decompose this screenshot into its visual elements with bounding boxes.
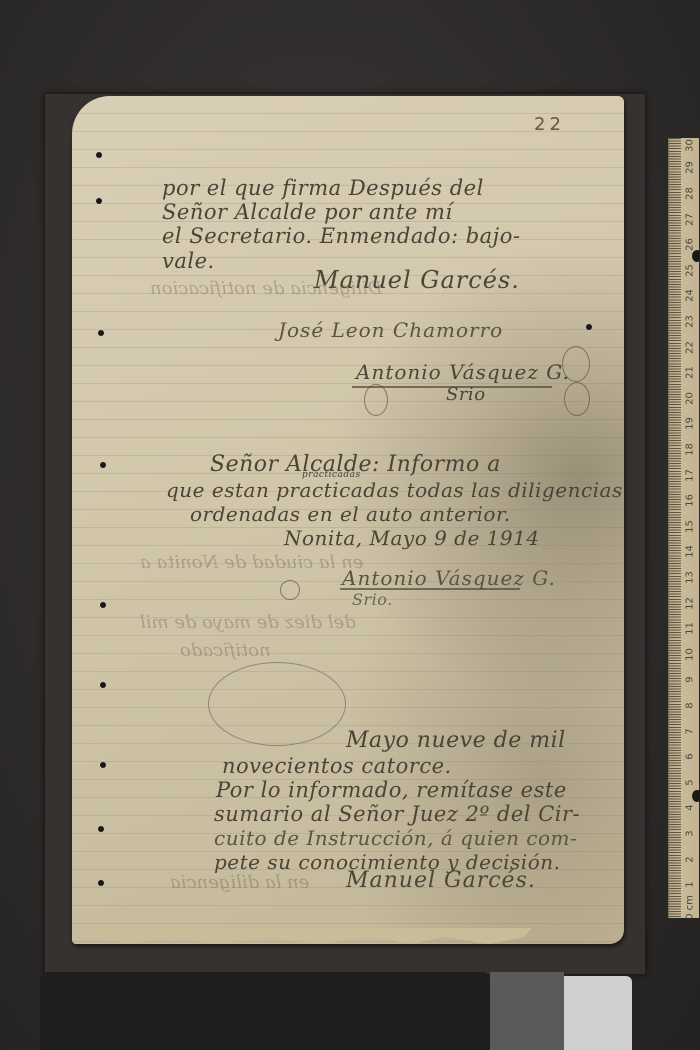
- ruler-label: 29: [685, 159, 696, 177]
- ruler-label: 0 cm: [685, 895, 696, 919]
- ruler-label: 20: [685, 390, 696, 408]
- ruler-label: 3: [685, 825, 696, 843]
- ruler-ticks: [669, 138, 681, 918]
- text-line: que estan practicadas todas las diligenc…: [166, 478, 623, 502]
- ruler-label: 16: [685, 492, 696, 510]
- signature-manuel-garces: Manuel Garcés.: [314, 266, 520, 294]
- official-seal-stamp: [208, 662, 346, 746]
- signature-flourish: [564, 382, 590, 416]
- ruler-label: 25: [685, 262, 696, 280]
- ruler-label: 9: [685, 671, 696, 689]
- text-line: Por lo informado, remítase este: [216, 778, 567, 802]
- punch-hole: [100, 462, 106, 468]
- ruler-label: 30: [685, 138, 696, 155]
- ruler-label: 23: [685, 313, 696, 331]
- ruler-label: 10: [685, 646, 696, 664]
- punch-hole: [98, 826, 104, 832]
- ruler-label: 18: [685, 441, 696, 459]
- punch-hole: [100, 682, 106, 688]
- signature-flourish: [280, 580, 300, 600]
- punch-hole: [100, 602, 106, 608]
- text-line: vale.: [162, 249, 215, 273]
- secretary-title: Srio.: [352, 590, 393, 609]
- bleed-through-text: en la diligencia: [170, 872, 309, 893]
- signature-manuel-garces-2: Manuel Garcés.: [346, 868, 536, 893]
- punch-hole: [100, 762, 106, 768]
- ruler-label: 13: [685, 569, 696, 587]
- place-date: Nonita, Mayo 9 de 1914: [284, 526, 540, 550]
- bleed-through-text: notificado: [180, 640, 271, 661]
- text-line: Señor Alcalde por ante mí: [162, 200, 453, 224]
- punch-hole: [96, 198, 102, 204]
- ruler-label: 27: [685, 211, 696, 229]
- ruler-label: 17: [685, 467, 696, 485]
- bleed-through-text: en la ciudad de Nonita a: [140, 552, 363, 573]
- calibration-card-white: [564, 976, 632, 1050]
- ruler-label: 8: [685, 697, 696, 715]
- text-line: el Secretario. Enmendado: bajo-: [162, 224, 520, 248]
- punch-hole: [98, 880, 104, 886]
- text-line: sumario al Señor Juez 2º del Cir-: [214, 802, 580, 826]
- text-line: cuito de Instrucción, á quien com-: [214, 826, 577, 850]
- text-line: novecientos catorce.: [222, 754, 452, 778]
- signature-flourish: [364, 384, 388, 416]
- text-line: por el que firma Después del: [162, 176, 484, 200]
- calibration-card-black: [40, 972, 490, 1050]
- ruler-label: 14: [685, 543, 696, 561]
- text-line: ordenadas en el auto anterior.: [190, 502, 511, 526]
- ruler-label: 15: [685, 518, 696, 536]
- folio-number: 22: [534, 114, 565, 135]
- ruler-label: 22: [685, 339, 696, 357]
- ruler-label: 28: [685, 185, 696, 203]
- ruler-label: 11: [685, 620, 696, 638]
- secretary-title: Srio: [446, 384, 486, 405]
- bleed-through-text: del diez de mayo de mil: [140, 612, 356, 633]
- signature-antonio-vasquez-2: Antonio Vásquez G.: [342, 566, 556, 590]
- signature-flourish: [562, 346, 590, 382]
- signature-jose-leon-chamorro: José Leon Chamorro: [278, 318, 503, 342]
- punch-hole: [98, 330, 104, 336]
- punch-hole: [586, 324, 592, 330]
- ruler-label: 12: [685, 595, 696, 613]
- ruler-hole: [692, 250, 700, 262]
- ruler-label: 21: [685, 364, 696, 382]
- ruler-label: 7: [685, 723, 696, 741]
- ruler-label: 6: [685, 748, 696, 766]
- signature-antonio-vasquez: Antonio Vásquez G.: [356, 360, 570, 384]
- ruler-label: 19: [685, 415, 696, 433]
- ruler-hole: [692, 790, 700, 802]
- punch-hole: [96, 152, 102, 158]
- ruler-label: 2: [685, 851, 696, 869]
- ruler-label: 5: [685, 774, 696, 792]
- ruler-label: 24: [685, 287, 696, 305]
- ruler-label: 1: [685, 876, 696, 894]
- text-line: Mayo nueve de mil: [346, 728, 566, 753]
- calibration-card-gray: [490, 972, 564, 1050]
